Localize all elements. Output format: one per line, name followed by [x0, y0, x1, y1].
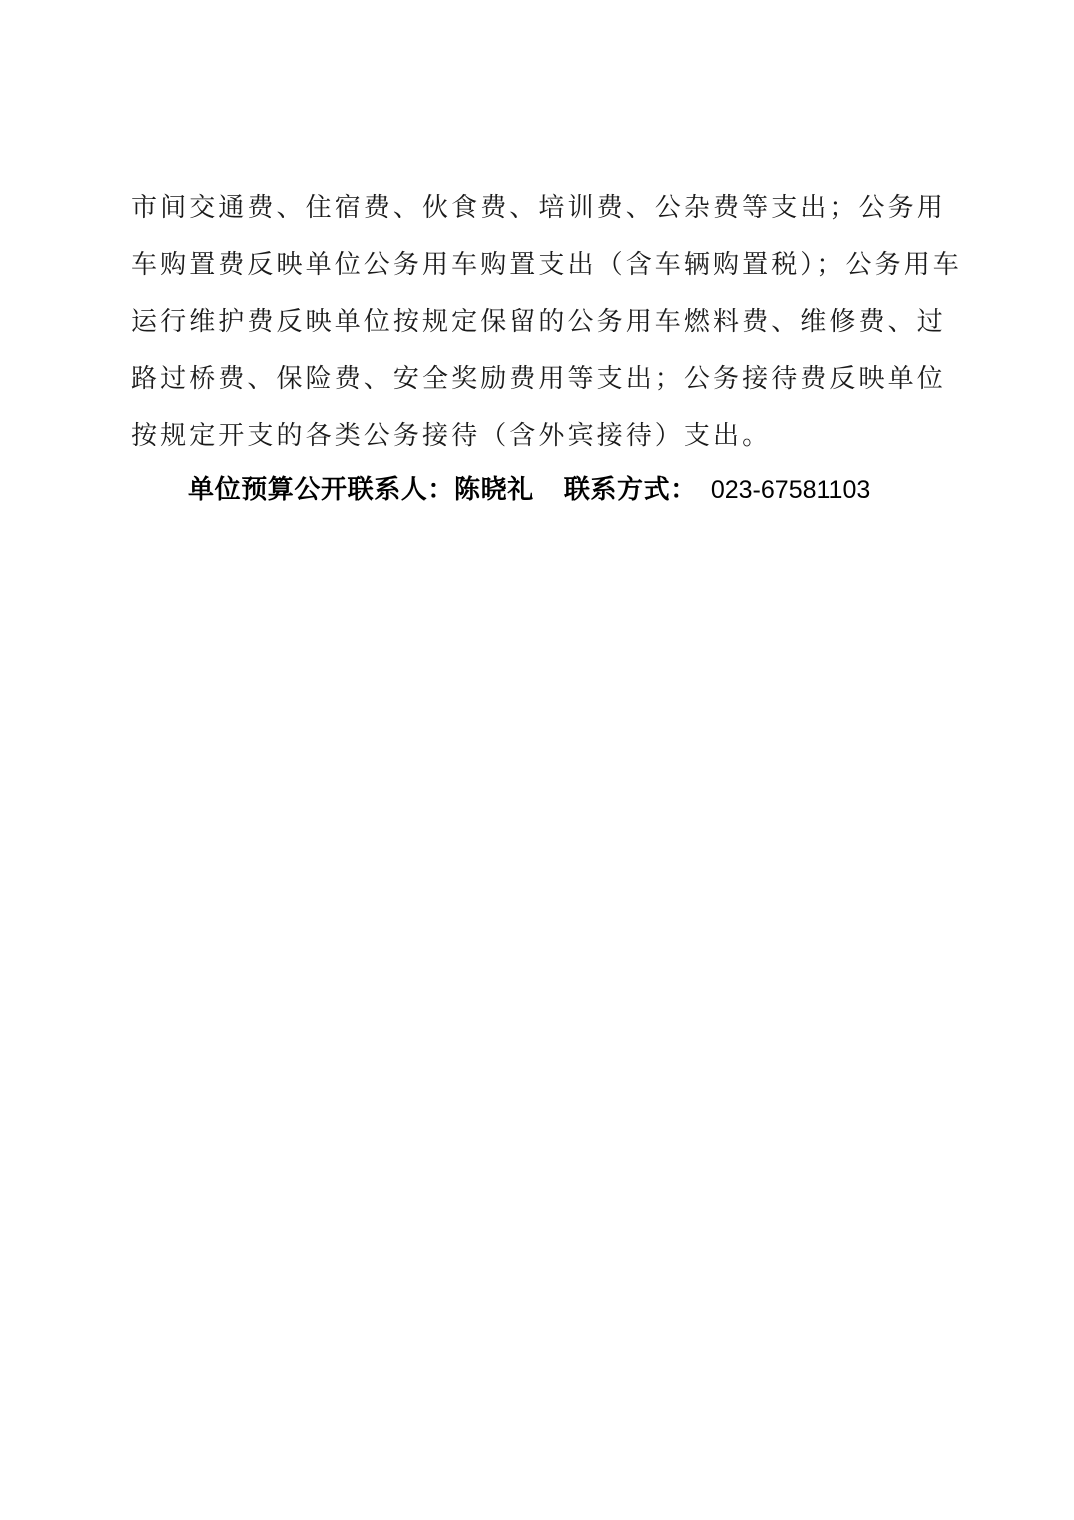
- contact-person-label: 单位预算公开联系人：: [188, 475, 454, 505]
- paragraph-line: 按规定开支的各类公务接待（含外宾接待）支出。: [131, 414, 961, 471]
- paragraph-line: 车购置费反映单位公务用车购置支出（含车辆购置税）；公务用车: [131, 243, 961, 300]
- contact-person-name: 陈晓礼: [454, 475, 534, 505]
- contact-method-label: 联系方式：: [564, 475, 697, 505]
- contact-phone: 023-67581103: [711, 476, 870, 504]
- contact-line: 单位预算公开联系人：陈晓礼联系方式：023-67581103: [188, 470, 870, 510]
- document-page: 市间交通费、住宿费、伙食费、培训费、公杂费等支出；公务用 车购置费反映单位公务用…: [0, 0, 1074, 1520]
- budget-explanation-paragraph: 市间交通费、住宿费、伙食费、培训费、公杂费等支出；公务用 车购置费反映单位公务用…: [131, 186, 961, 471]
- paragraph-line: 运行维护费反映单位按规定保留的公务用车燃料费、维修费、过: [131, 300, 961, 357]
- paragraph-line: 市间交通费、住宿费、伙食费、培训费、公杂费等支出；公务用: [131, 186, 961, 243]
- paragraph-line: 路过桥费、保险费、安全奖励费用等支出；公务接待费反映单位: [131, 357, 961, 414]
